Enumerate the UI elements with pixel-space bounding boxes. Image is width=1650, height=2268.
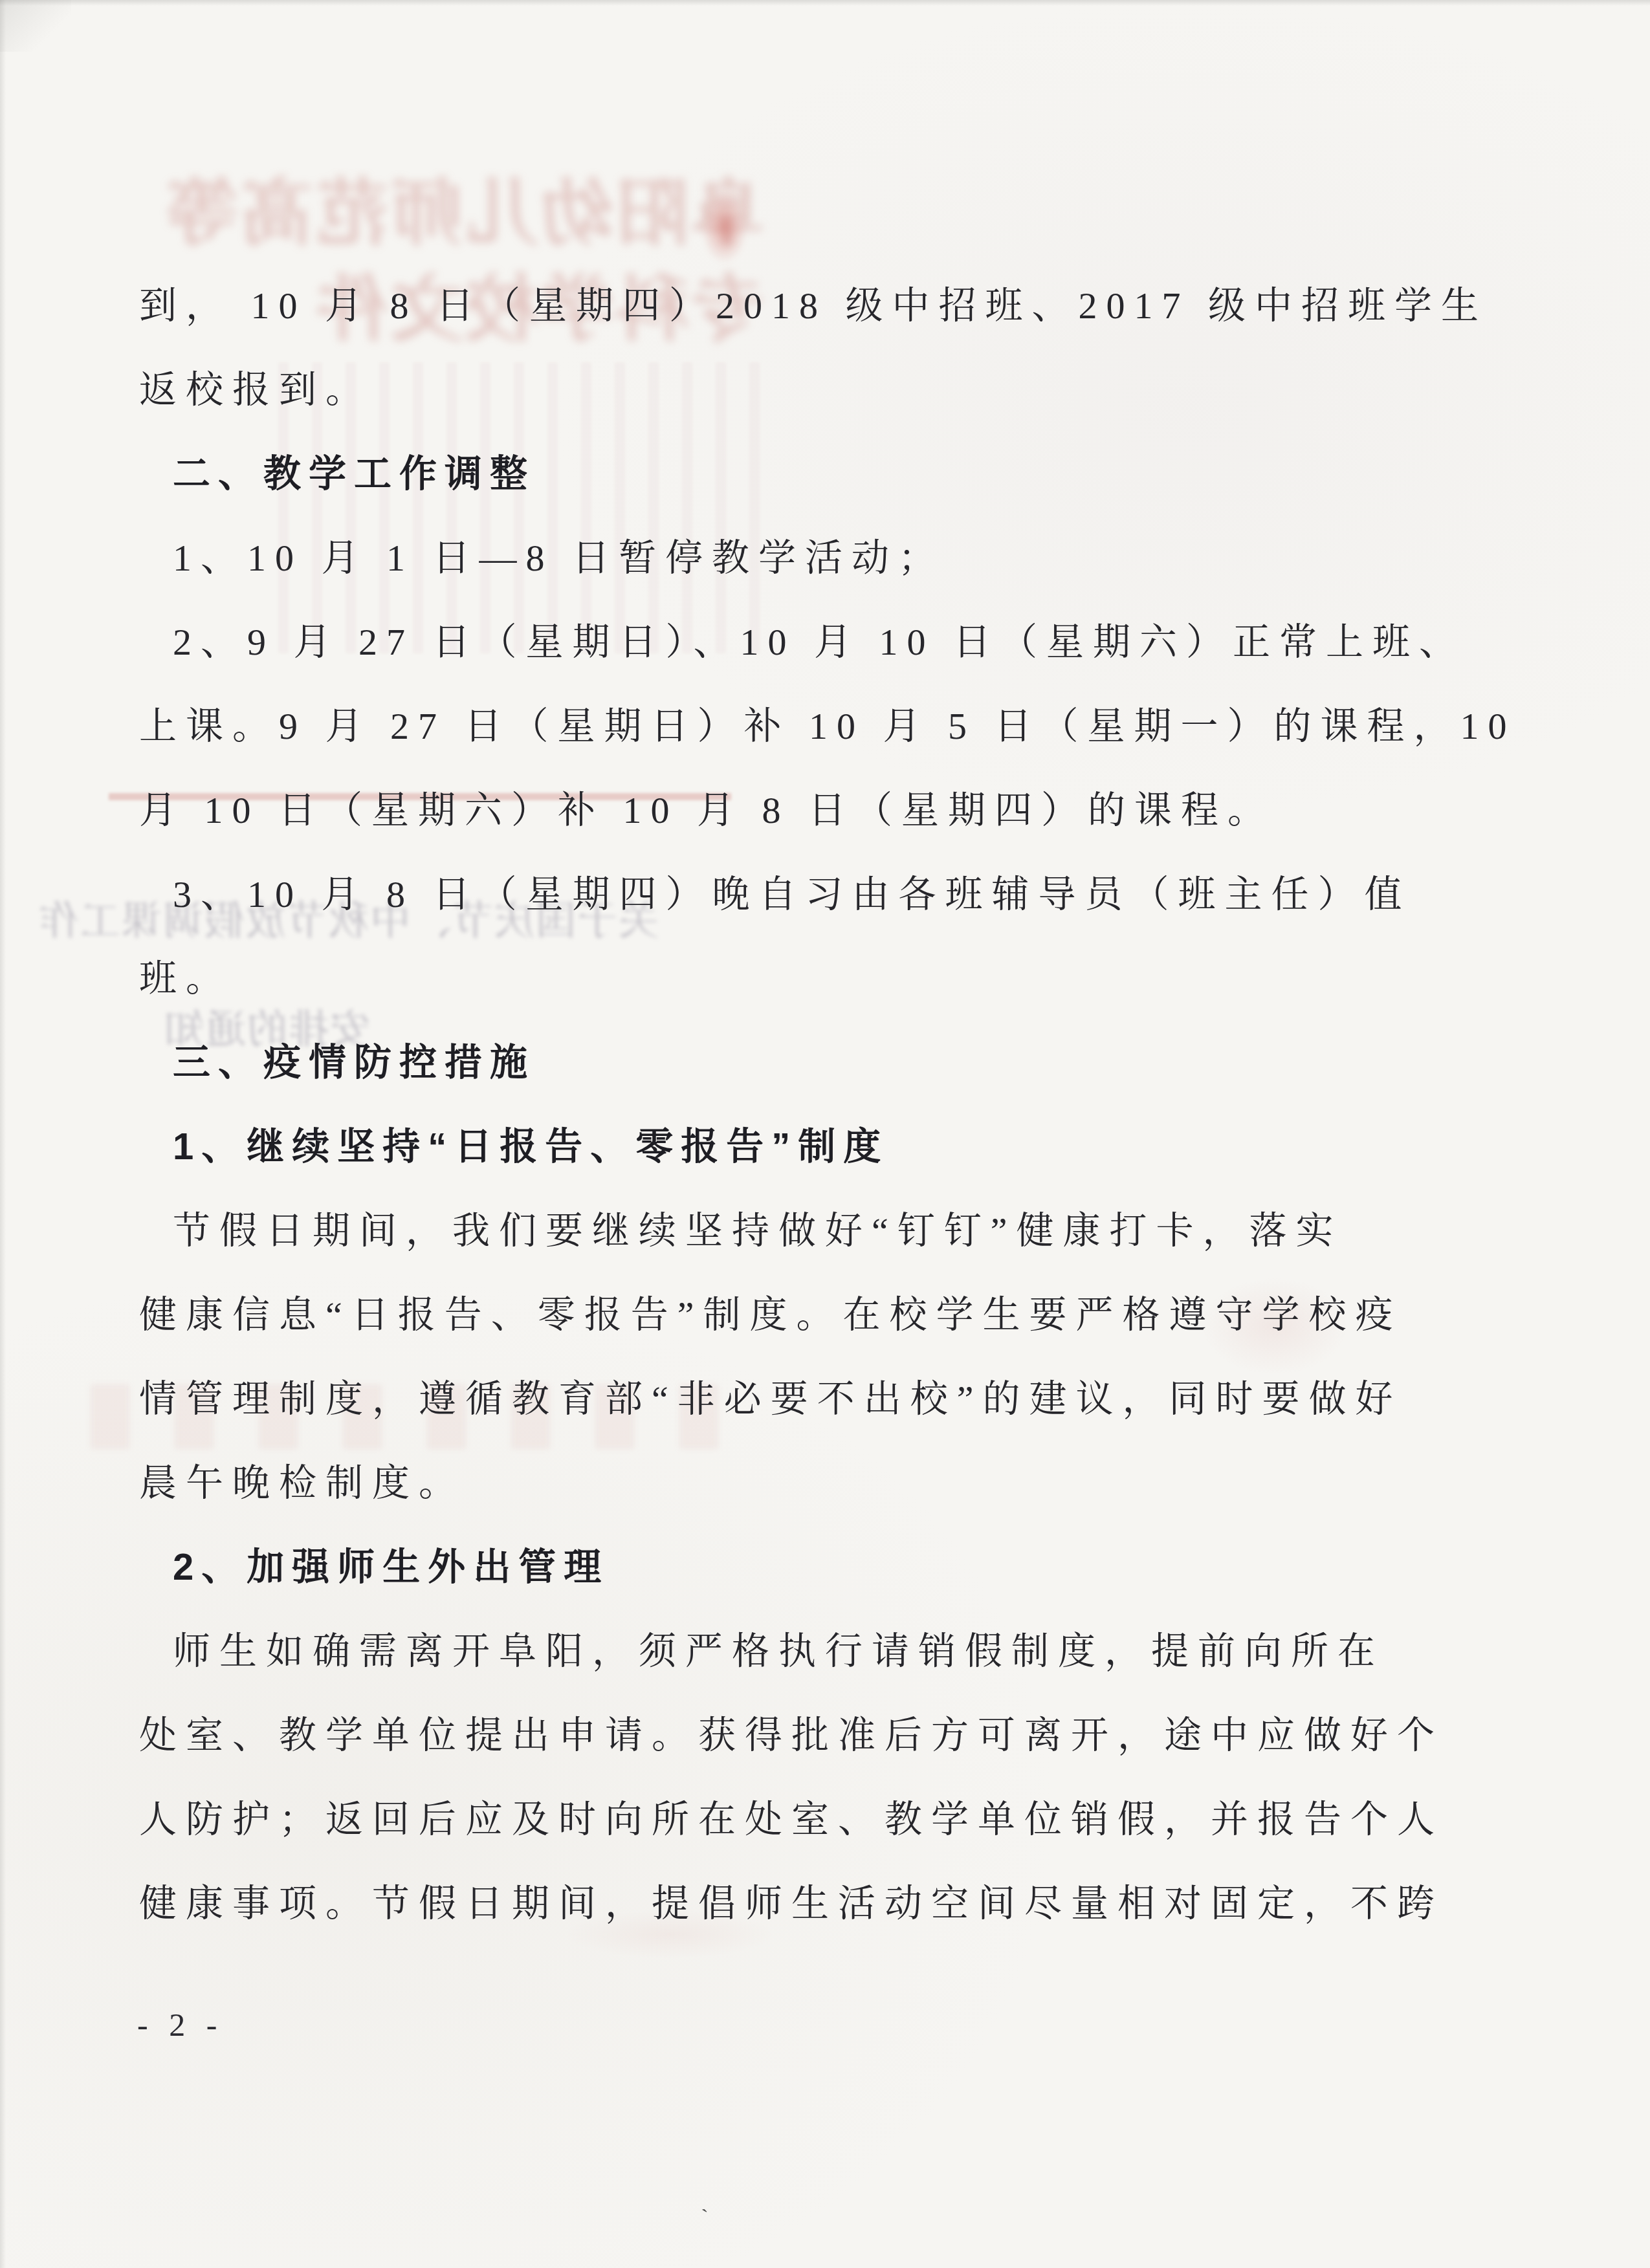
bleed-through-masthead-row1: 阜阳幼儿师范高等 — [155, 167, 764, 263]
text-line: 2、9 月 27 日（星期日）、10 月 10 日（星期六）正常上班、 — [139, 600, 1524, 684]
scanned-document-page: 阜阳幼儿师范高等 专科学校文件 关于国庆节、中秋节放假调课工作 安排的通知 到，… — [0, 0, 1650, 2268]
text-line: 到， 10 月 8 日（星期四）2018 级中招班、2017 级中招班学生 — [139, 264, 1524, 348]
text-line: 健康信息“日报告、零报告”制度。在校学生要严格遵守学校疫 — [139, 1273, 1524, 1357]
text-line: 师生如确需离开阜阳，须严格执行请销假制度，提前向所在 — [139, 1609, 1524, 1694]
text-line: 上课。9 月 27 日（星期日）补 10 月 5 日（星期一）的课程，10 — [139, 684, 1524, 769]
paper-edge-shade-top — [0, 0, 1650, 6]
text-line: 情管理制度，遵循教育部“非必要不出校”的建议，同时要做好 — [139, 1357, 1524, 1441]
text-line: 节假日期间，我们要继续坚持做好“钉钉”健康打卡，落实 — [139, 1189, 1524, 1273]
text-line: 班。 — [139, 937, 1524, 1021]
section-heading: 三、疫情防控措施 — [139, 1021, 1524, 1105]
page-number: - 2 - — [137, 2004, 223, 2045]
sub-heading: 2、加强师生外出管理 — [139, 1525, 1524, 1609]
text-line: 人防护；返回后应及时向所在处室、教学单位销假，并报告个人 — [139, 1778, 1524, 1862]
paper-corner-shade — [0, 0, 71, 52]
document-body: 到， 10 月 8 日（星期四）2018 级中招班、2017 级中招班学生 返校… — [139, 264, 1524, 1946]
text-line: 健康事项。节假日期间，提倡师生活动空间尽量相对固定，不跨 — [139, 1862, 1524, 1946]
bleed-through-red-blob — [694, 179, 755, 276]
text-line: 1、10 月 1 日—8 日暂停教学活动； — [139, 516, 1524, 600]
stray-scan-mark: ` — [700, 2204, 710, 2229]
text-line: 处室、教学单位提出申请。获得批准后方可离开，途中应做好个 — [139, 1694, 1524, 1778]
section-heading: 二、教学工作调整 — [139, 432, 1524, 516]
text-line: 月 10 日（星期六）补 10 月 8 日（星期四）的课程。 — [139, 769, 1524, 853]
text-line: 晨午晚检制度。 — [139, 1441, 1524, 1525]
text-line: 3、10 月 8 日（星期四）晚自习由各班辅导员（班主任）值 — [139, 853, 1524, 937]
sub-heading: 1、继续坚持“日报告、零报告”制度 — [139, 1105, 1524, 1189]
text-line: 返校报到。 — [139, 348, 1524, 432]
paper-edge-shade-left — [0, 0, 6, 2268]
